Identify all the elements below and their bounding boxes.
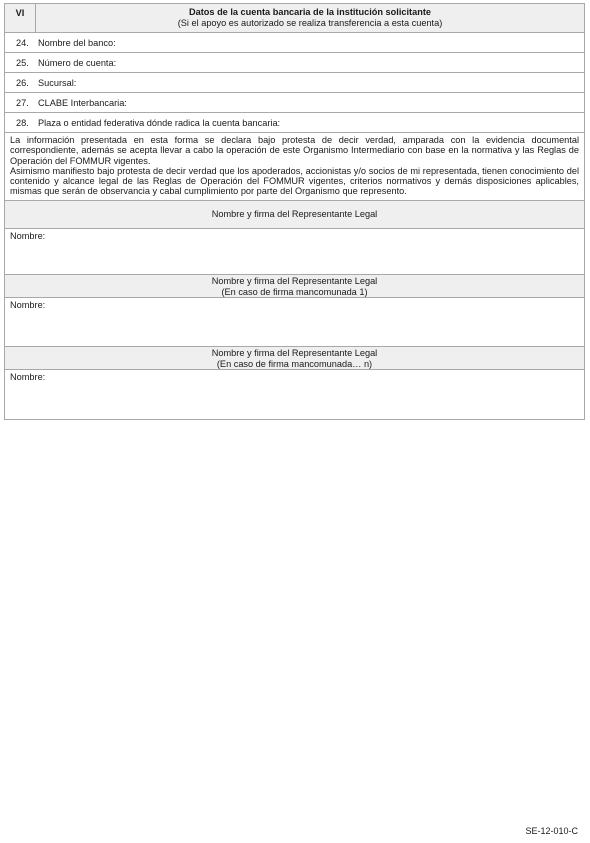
- field-number: 28.: [16, 118, 38, 128]
- field-label: Número de cuenta:: [38, 58, 116, 68]
- signature-box-1[interactable]: Nombre:: [5, 229, 584, 275]
- bank-account-form: VI Datos de la cuenta bancaria de la ins…: [4, 3, 585, 420]
- field-state[interactable]: 28. Plaza o entidad federativa dónde rad…: [5, 113, 584, 133]
- field-branch[interactable]: 26. Sucursal:: [5, 73, 584, 93]
- field-account-number[interactable]: 25. Número de cuenta:: [5, 53, 584, 73]
- declaration-paragraph-1: La información presentada en esta forma …: [10, 135, 579, 166]
- field-number: 24.: [16, 38, 38, 48]
- signature-title: Nombre y firma del Representante Legal: [5, 276, 584, 287]
- signature-box-2[interactable]: Nombre:: [5, 298, 584, 347]
- name-label: Nombre:: [10, 372, 45, 382]
- declaration-text: La información presentada en esta forma …: [5, 133, 584, 201]
- signature-box-3[interactable]: Nombre:: [5, 370, 584, 419]
- signature-header-3: Nombre y firma del Representante Legal (…: [5, 347, 584, 370]
- name-label: Nombre:: [10, 231, 45, 241]
- field-number: 26.: [16, 78, 38, 88]
- field-number: 25.: [16, 58, 38, 68]
- field-label: Plaza o entidad federativa dónde radica …: [38, 118, 280, 128]
- field-label: Sucursal:: [38, 78, 76, 88]
- name-label: Nombre:: [10, 300, 45, 310]
- section-title-block: Datos de la cuenta bancaria de la instit…: [36, 4, 584, 32]
- declaration-paragraph-2: Asimismo manifiesto bajo protesta de dec…: [10, 166, 579, 197]
- field-label: CLABE Interbancaria:: [38, 98, 127, 108]
- section-number: VI: [5, 4, 36, 32]
- form-code: SE-12-010-C: [525, 826, 578, 836]
- section-title: Datos de la cuenta bancaria de la instit…: [36, 7, 584, 18]
- signature-title: Nombre y firma del Representante Legal: [5, 209, 584, 220]
- section-subtitle: (Si el apoyo es autorizado se realiza tr…: [36, 18, 584, 29]
- section-header: VI Datos de la cuenta bancaria de la ins…: [5, 4, 584, 33]
- signature-header-2: Nombre y firma del Representante Legal (…: [5, 275, 584, 298]
- field-number: 27.: [16, 98, 38, 108]
- field-clabe[interactable]: 27. CLABE Interbancaria:: [5, 93, 584, 113]
- signature-title: Nombre y firma del Representante Legal: [5, 348, 584, 359]
- field-bank-name[interactable]: 24. Nombre del banco:: [5, 33, 584, 53]
- signature-header-1: Nombre y firma del Representante Legal: [5, 201, 584, 229]
- field-label: Nombre del banco:: [38, 38, 116, 48]
- signature-subtitle: (En caso de firma mancomunada… n): [5, 359, 584, 370]
- signature-subtitle: (En caso de firma mancomunada 1): [5, 287, 584, 298]
